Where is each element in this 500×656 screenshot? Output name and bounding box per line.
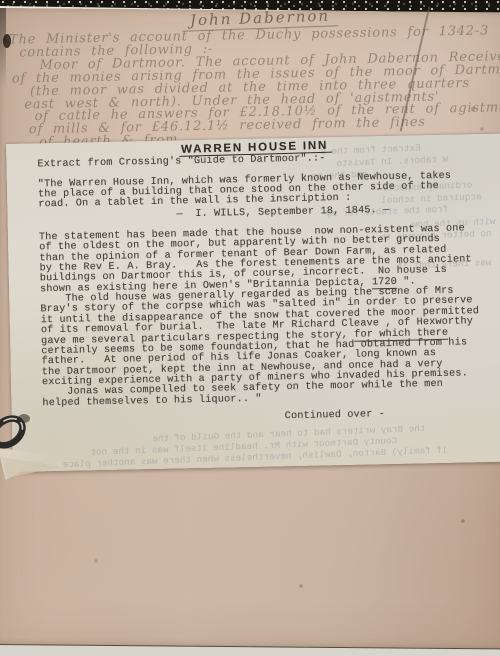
binder-ring [0, 408, 32, 456]
scan-surface: { "colors": { "album_page": "#d2bbaa", "… [0, 0, 500, 656]
foxing-specks [0, 0, 2, 2]
typed-sheet: Extract from the sW tabors. In Tavistoan… [6, 133, 500, 472]
statement-paragraph: The statement has been made that the hou… [39, 224, 489, 295]
document-content: WARREN HOUSE INN Extract from Crossing's… [6, 133, 500, 428]
old-house-paragraph: The old house was generally regarded as … [40, 286, 491, 388]
handwritten-note: The Minister's account of the Duchy poss… [3, 25, 499, 151]
